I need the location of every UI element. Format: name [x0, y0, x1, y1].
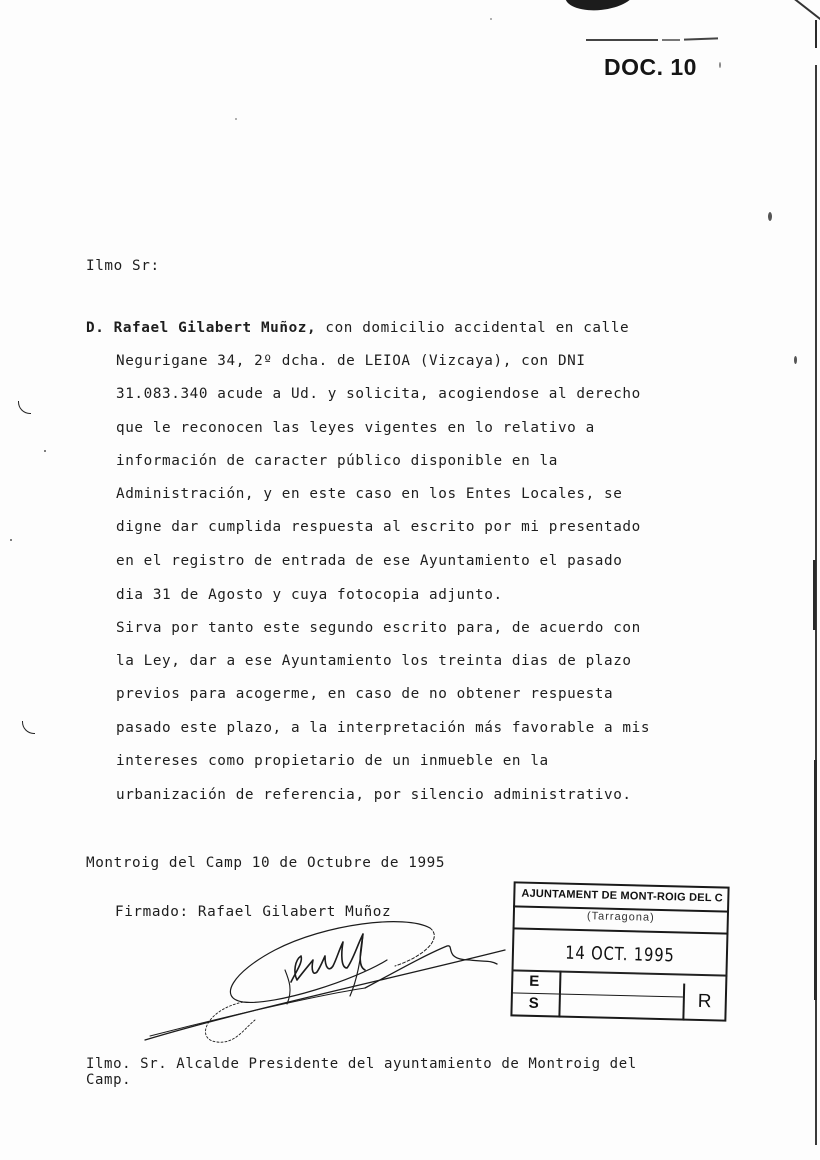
- scan-speck: [490, 18, 492, 20]
- place-and-date: Montroig del Camp 10 de Octubre de 1995: [86, 855, 445, 871]
- document-number-label: DOC. 10: [604, 54, 697, 81]
- stamp-exit-label: S: [528, 995, 538, 1012]
- scan-speck: [10, 539, 12, 541]
- scan-speck: [794, 356, 797, 364]
- scanned-letter-page: DOC. 10 Ilmo Sr: D. Rafael Gilabert Muño…: [0, 0, 820, 1160]
- body-line: Administración, y en este caso en los En…: [116, 486, 622, 502]
- body-line: en el registro de entrada de ese Ayuntam…: [116, 553, 622, 569]
- body-line: que le reconocen las leyes vigentes en l…: [116, 420, 595, 436]
- body-line: previos para acogerme, en caso de no obt…: [116, 686, 613, 702]
- page-edge-line: [815, 20, 817, 48]
- registry-stamp: AJUNTAMENT DE MONT-ROIG DEL CAMP (Tarrag…: [510, 881, 729, 1021]
- body-line: 31.083.340 acude a Ud. y solicita, acogi…: [116, 386, 641, 402]
- addressee-line: Camp.: [86, 1072, 131, 1088]
- stamp-register-label: R: [698, 991, 712, 1013]
- body-line: Negurigane 34, 2º dcha. de LEIOA (Vizcay…: [116, 353, 586, 369]
- body-line: dia 31 de Agosto y cuya fotocopia adjunt…: [116, 587, 503, 603]
- body-line: Sirva por tanto este segundo escrito par…: [116, 620, 641, 636]
- handwritten-signature-icon: [125, 910, 525, 1050]
- scan-speck: [719, 62, 721, 68]
- addressee-line: Ilmo. Sr. Alcalde Presidente del ayuntam…: [86, 1056, 637, 1072]
- header-rule: [586, 39, 658, 41]
- body-line: la Ley, dar a ese Ayuntamiento los trein…: [116, 653, 632, 669]
- body-line: pasado este plazo, a la interpretación m…: [116, 720, 650, 736]
- margin-mark: [18, 401, 31, 414]
- opening-line: D. Rafael Gilabert Muñoz, con domicilio …: [86, 320, 629, 336]
- header-rule: [684, 37, 718, 40]
- body-line: digne dar cumplida respuesta al escrito …: [116, 519, 641, 535]
- stamp-entry-label: E: [529, 973, 539, 990]
- sender-name: D. Rafael Gilabert Muñoz,: [86, 320, 316, 336]
- scan-speck: [44, 450, 46, 452]
- body-line: urbanización de referencia, por silencio…: [116, 787, 632, 803]
- body-line: intereses como propietario de un inmuebl…: [116, 753, 549, 769]
- body-line: con domicilio accidental en calle: [316, 320, 629, 336]
- header-rule: [662, 39, 680, 41]
- page-edge-line: [814, 760, 817, 1000]
- stamp-date: 14 OCT. 1995: [531, 942, 709, 967]
- page-edge-line: [813, 560, 816, 630]
- scan-speck: [768, 212, 772, 221]
- scan-speck: [235, 118, 237, 120]
- margin-mark: [22, 721, 35, 734]
- scan-artifact-blob: [564, 0, 637, 14]
- salutation: Ilmo Sr:: [86, 258, 160, 274]
- body-line: información de caracter público disponib…: [116, 453, 558, 469]
